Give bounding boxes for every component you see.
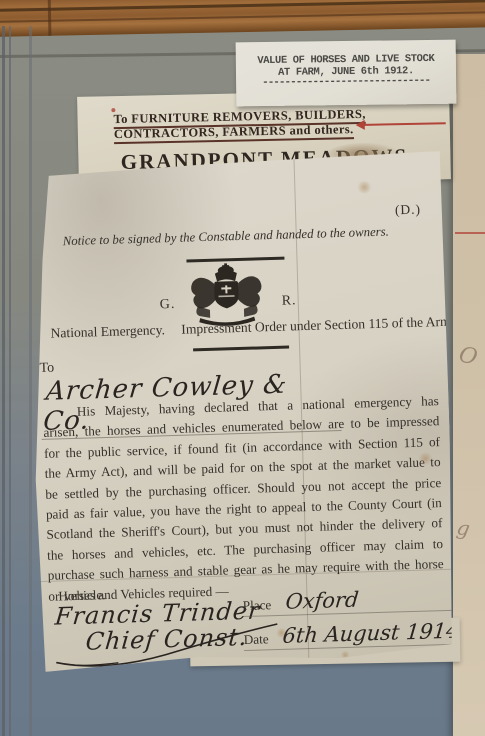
board-groove	[9, 26, 11, 736]
board-groove	[29, 26, 32, 736]
ledger-red-rule	[455, 232, 485, 234]
to-label: To	[39, 361, 54, 376]
place-handwritten: Oxford	[284, 588, 359, 614]
board-groove	[2, 26, 5, 736]
valuation-slip: VALUE OF HORSES AND LIVE STOCK AT FARM, …	[236, 40, 457, 107]
monogram-r: R.	[281, 293, 296, 309]
title-national-emergency: National Emergency.	[50, 322, 165, 340]
royal-coat-of-arms	[185, 260, 269, 328]
monogram-g: G.	[160, 297, 176, 313]
place-line: Place Oxford	[242, 584, 475, 617]
red-mark	[111, 108, 115, 112]
place-label: Place	[243, 597, 272, 613]
wood-grain-line	[0, 11, 485, 23]
impressment-order-document: (D.) Notice to be signed by the Constabl…	[26, 151, 457, 674]
wood-joint	[48, 0, 52, 36]
paper-stain	[356, 181, 372, 193]
order-body-text: His Majesty, having declared that a nati…	[43, 391, 445, 607]
form-corner-mark: (D.)	[395, 202, 422, 219]
date-label: Date	[244, 631, 269, 647]
slip-divider: ------------------------------	[236, 77, 456, 89]
divider-rule	[193, 346, 289, 351]
notice-line: Notice to be signed by the Constable and…	[28, 224, 424, 251]
ledger-handwriting-mark: O	[456, 342, 480, 371]
wood-frame	[0, 0, 485, 37]
date-handwritten: 6th August 1914	[281, 619, 460, 648]
wood-grain-line	[0, 0, 485, 12]
ledger-handwriting-mark: g	[455, 515, 472, 541]
